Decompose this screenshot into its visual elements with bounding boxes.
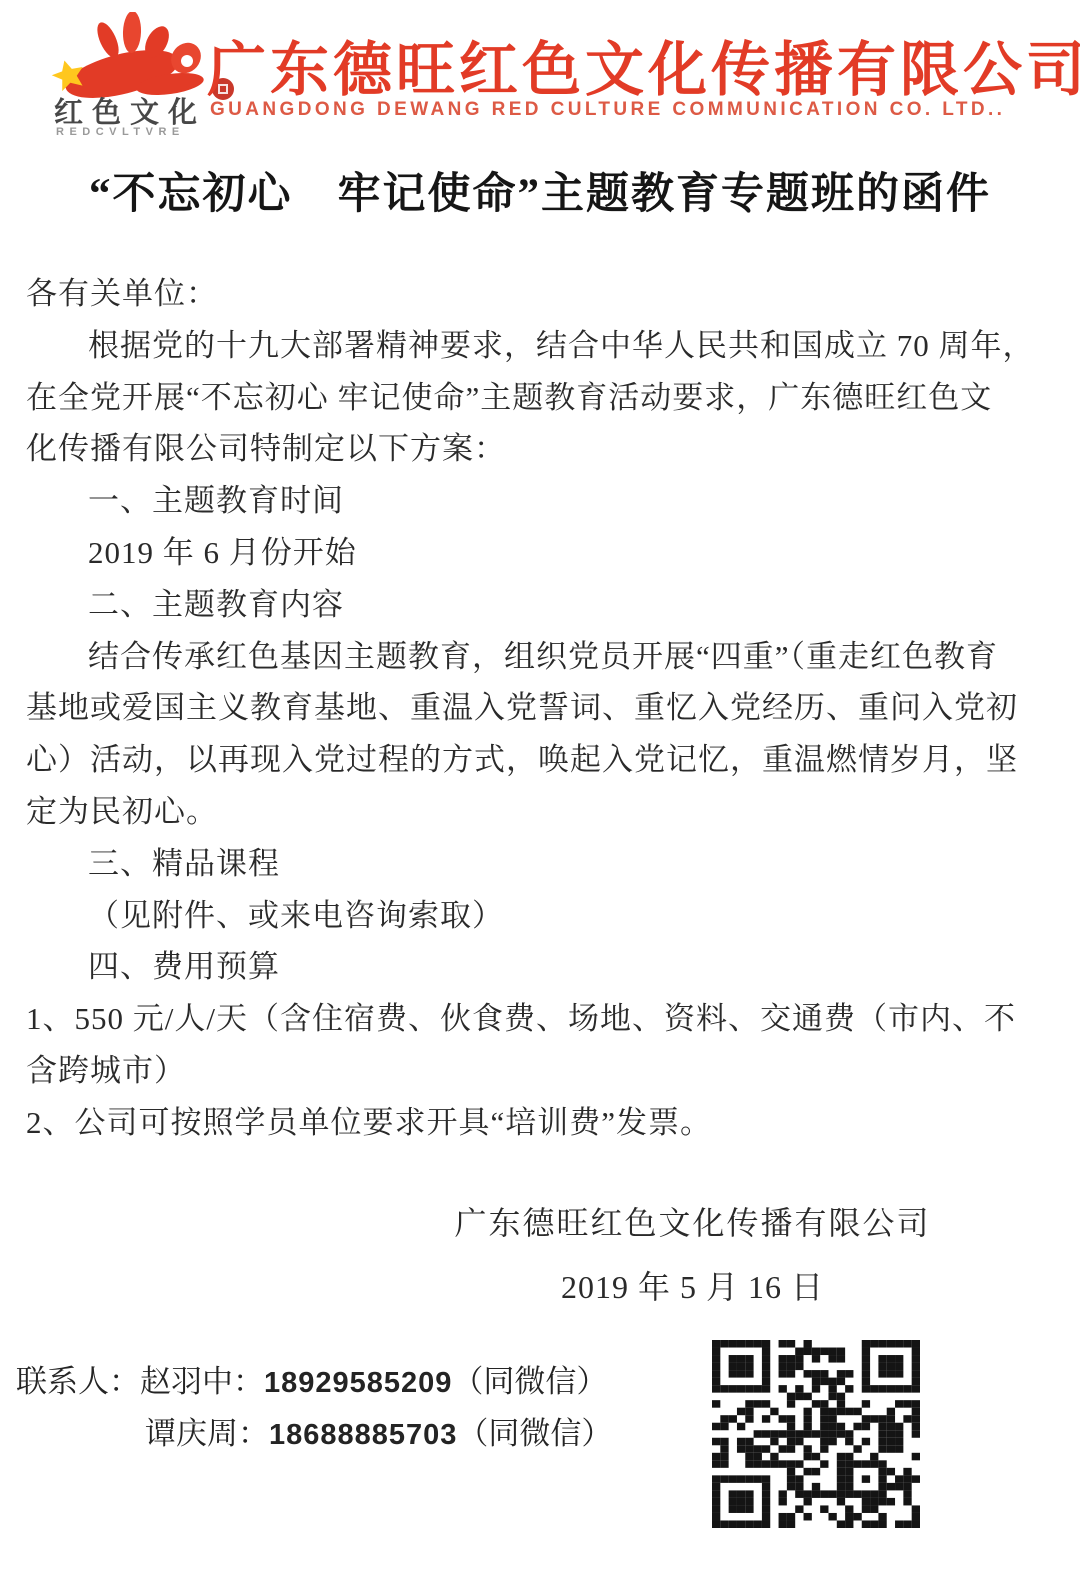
body-line: 2、公司可按照学员单位要求开具“培训费”发票。 (26, 1097, 1054, 1149)
contact-block: 联系人：赵羽中：18929585209（同微信） 谭庆周：18688885703… (16, 1356, 612, 1460)
body-line: 根据党的十九大部署精神要求，结合中华人民共和国成立 70 周年， (26, 320, 1054, 372)
contact-name: 谭庆周： (145, 1416, 269, 1451)
contact-note: （同微信） (452, 1364, 607, 1399)
contact-row: 谭庆周：18688885703（同微信） (16, 1408, 612, 1460)
contact-phone: 18688885703 (269, 1419, 457, 1451)
body-line: 2019 年 6 月份开始 (26, 527, 1054, 579)
body-line: （见附件、或来电咨询索取） (26, 890, 1054, 942)
body-line: 定为民初心。 (26, 786, 1054, 838)
contact-label: 联系人： (16, 1364, 140, 1399)
body-line-section-4: 四、费用预算 (26, 941, 1054, 993)
logo-en-label: REDCVLTVRE (56, 126, 268, 138)
body-line: 各有关单位： (26, 268, 1054, 320)
body-line: 基地或爱国主义教育基地、重温入党誓词、重忆入党经历、重问入党初 (26, 682, 1054, 734)
company-name-cn: 广东德旺红色文化传播有限公司 (207, 22, 1067, 107)
document-body: 各有关单位： 根据党的十九大部署精神要求，结合中华人民共和国成立 70 周年， … (26, 268, 1054, 1149)
body-line: 心）活动，以再现入党过程的方式，唤起入党记忆，重温燃情岁月，坚 (26, 734, 1054, 786)
signature-company: 广东德旺红色文化传播有限公司 (305, 1198, 1080, 1244)
signature-block: 广东德旺红色文化传播有限公司 2019 年 5 月 16 日 (305, 1198, 1080, 1308)
body-line-section-1: 一、主题教育时间 (26, 475, 1054, 527)
qr-code (712, 1340, 920, 1528)
qr-code-image (712, 1340, 920, 1528)
body-line-section-2: 二、主题教育内容 (26, 579, 1054, 631)
body-line: 在全党开展“不忘初心 牢记使命”主题教育活动要求，广东德旺红色文 (26, 372, 1054, 424)
contact-row: 联系人：赵羽中：18929585209（同微信） (16, 1356, 612, 1408)
body-line: 化传播有限公司特制定以下方案： (26, 423, 1054, 475)
contact-phone: 18929585209 (264, 1367, 452, 1399)
body-line: 含跨城市） (26, 1045, 1054, 1097)
contact-note: （同微信） (457, 1416, 612, 1451)
document-title: “不忘初心 牢记使命”主题教育专题班的函件 (0, 160, 1080, 221)
company-name-en: GUANGDONG DEWANG RED CULTURE COMMUNICATI… (210, 99, 1070, 121)
document-page: 红色文化 REDCVLTVRE 广东德旺红色文化传播有限公司 GUANGDONG… (0, 0, 1080, 1575)
body-line: 1、550 元/人/天（含住宿费、伙食费、场地、资料、交通费（市内、不 (26, 993, 1054, 1045)
body-line: 结合传承红色基因主题教育，组织党员开展“四重”（重走红色教育 (26, 631, 1054, 683)
body-line-section-3: 三、精品课程 (26, 838, 1054, 890)
signature-date: 2019 年 5 月 16 日 (305, 1262, 1080, 1308)
contact-name: 赵羽中： (140, 1364, 264, 1399)
